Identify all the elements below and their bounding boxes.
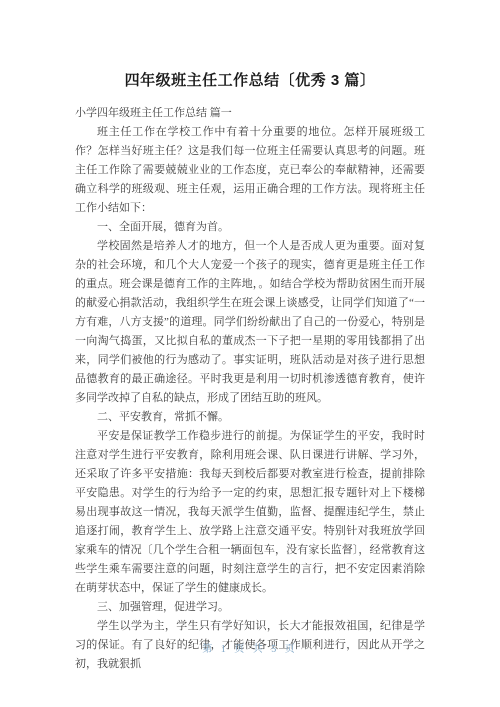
section-heading-3: 三、加强管理，促进学习。 xyxy=(75,598,425,617)
paragraph-section-2: 平安是保证教学工作稳步进行的前提。为保证学生的平安，我时时注意对学生进行平安教育… xyxy=(75,427,425,598)
page-title: 四年级班主任工作总结〔优秀 3 篇〕 xyxy=(75,70,425,92)
paragraph-section-1: 学校固然是培养人才的地方，但一个人是否成人更为重要。面对复杂的社会环境，和几个大… xyxy=(75,237,425,408)
paragraph-intro: 班主任工作在学校工作中有着十分重要的地位。怎样开展班级工作？怎样当好班主任？这是… xyxy=(75,123,425,218)
article-subtitle: 小学四年级班主任工作总结 篇一 xyxy=(75,104,425,123)
section-heading-1: 一、全面开展，德育为首。 xyxy=(75,218,425,237)
document-page: 四年级班主任工作总结〔优秀 3 篇〕 小学四年级班主任工作总结 篇一 班主任工作… xyxy=(0,0,500,707)
section-heading-2: 二、平安教育，常抓不懈。 xyxy=(75,408,425,427)
page-number-footer: 第 1 页 共 5 页 xyxy=(0,643,500,657)
